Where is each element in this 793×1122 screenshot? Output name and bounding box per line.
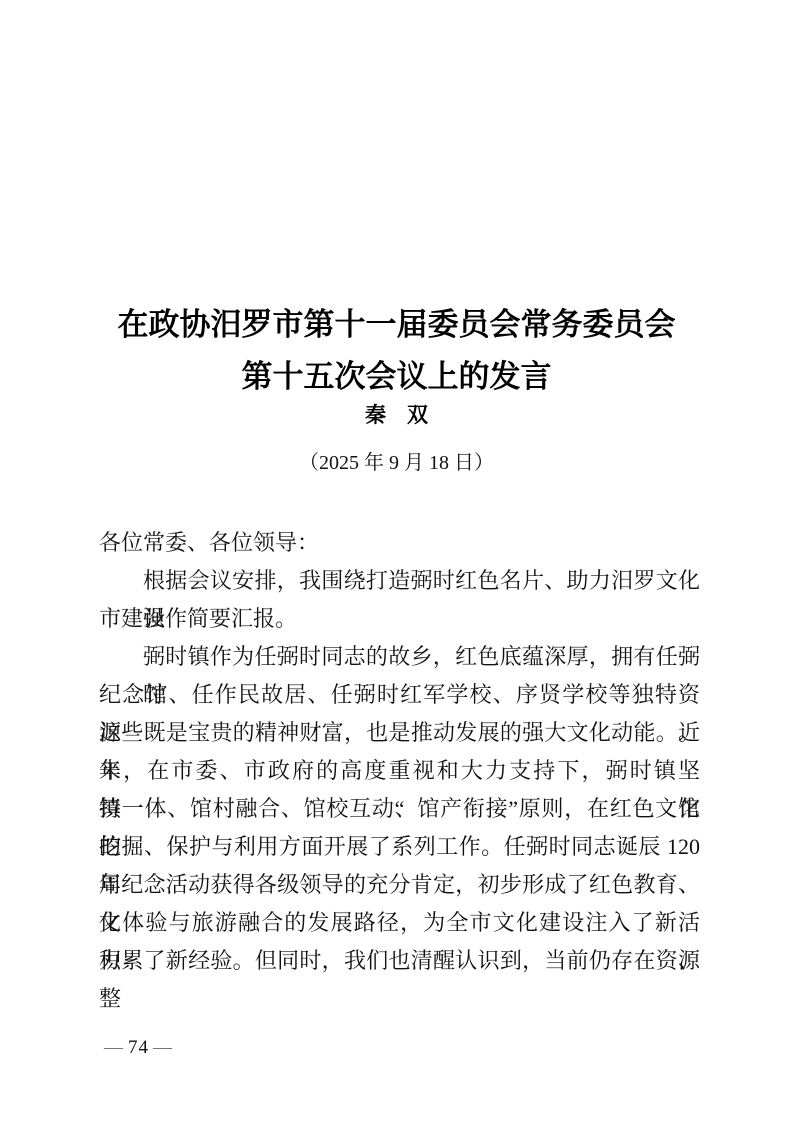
title-line-1: 在政协汨罗市第十一届委员会常务委员会 xyxy=(0,299,793,351)
page-number-value: 74 xyxy=(128,1037,149,1058)
body-line-8: 镇一体、馆村融合、馆校互动、馆产衔接”原则，在红色文化的 xyxy=(99,790,700,828)
body-line-6: 这些既是宝贵的精神财富，也是推动发展的强大文化动能。近年 xyxy=(99,714,700,752)
document-title: 在政协汨罗市第十一届委员会常务委员会 第十五次会议上的发言 xyxy=(0,299,793,403)
title-line-2: 第十五次会议上的发言 xyxy=(0,351,793,403)
body-line-7: 来，在市委、市政府的高度重视和大力支持下，弼时镇坚持“馆 xyxy=(99,752,700,790)
body-line-2: 根据会议安排，我围绕打造弼时红色名片、助力汨罗文化强 xyxy=(99,562,700,600)
document-page: 在政协汨罗市第十一届委员会常务委员会 第十五次会议上的发言 秦 双 （2025 … xyxy=(0,0,793,1122)
body-line-1: 各位常委、各位领导： xyxy=(99,524,700,562)
author-name: 秦 双 xyxy=(0,401,793,429)
body-line-9: 挖掘、保护与利用方面开展了系列工作。任弼时同志诞辰 120 周 xyxy=(99,828,700,866)
page-number-left-dash: — xyxy=(100,1037,128,1058)
body-line-12: 积累了新经验。但同时，我们也清醒认识到，当前仍存在资源整 xyxy=(99,942,700,980)
page-number-right-dash: — xyxy=(149,1037,177,1058)
speech-date: （2025 年 9 月 18 日） xyxy=(0,448,793,478)
body-line-4: 弼时镇作为任弼时同志的故乡，红色底蕴深厚，拥有任弼时 xyxy=(99,638,700,676)
body-line-5: 纪念馆、任作民故居、任弼时红军学校、序贤学校等独特资源。 xyxy=(99,676,700,714)
page-number: —74— xyxy=(100,1036,177,1060)
body-line-10: 年纪念活动获得各级领导的充分肯定，初步形成了红色教育、文 xyxy=(99,866,700,904)
document-body: 各位常委、各位领导：根据会议安排，我围绕打造弼时红色名片、助力汨罗文化强市建设作… xyxy=(99,524,700,980)
body-line-3: 市建设作简要汇报。 xyxy=(99,600,700,638)
body-line-11: 化体验与旅游融合的发展路径，为全市文化建设注入了新活力、 xyxy=(99,904,700,942)
